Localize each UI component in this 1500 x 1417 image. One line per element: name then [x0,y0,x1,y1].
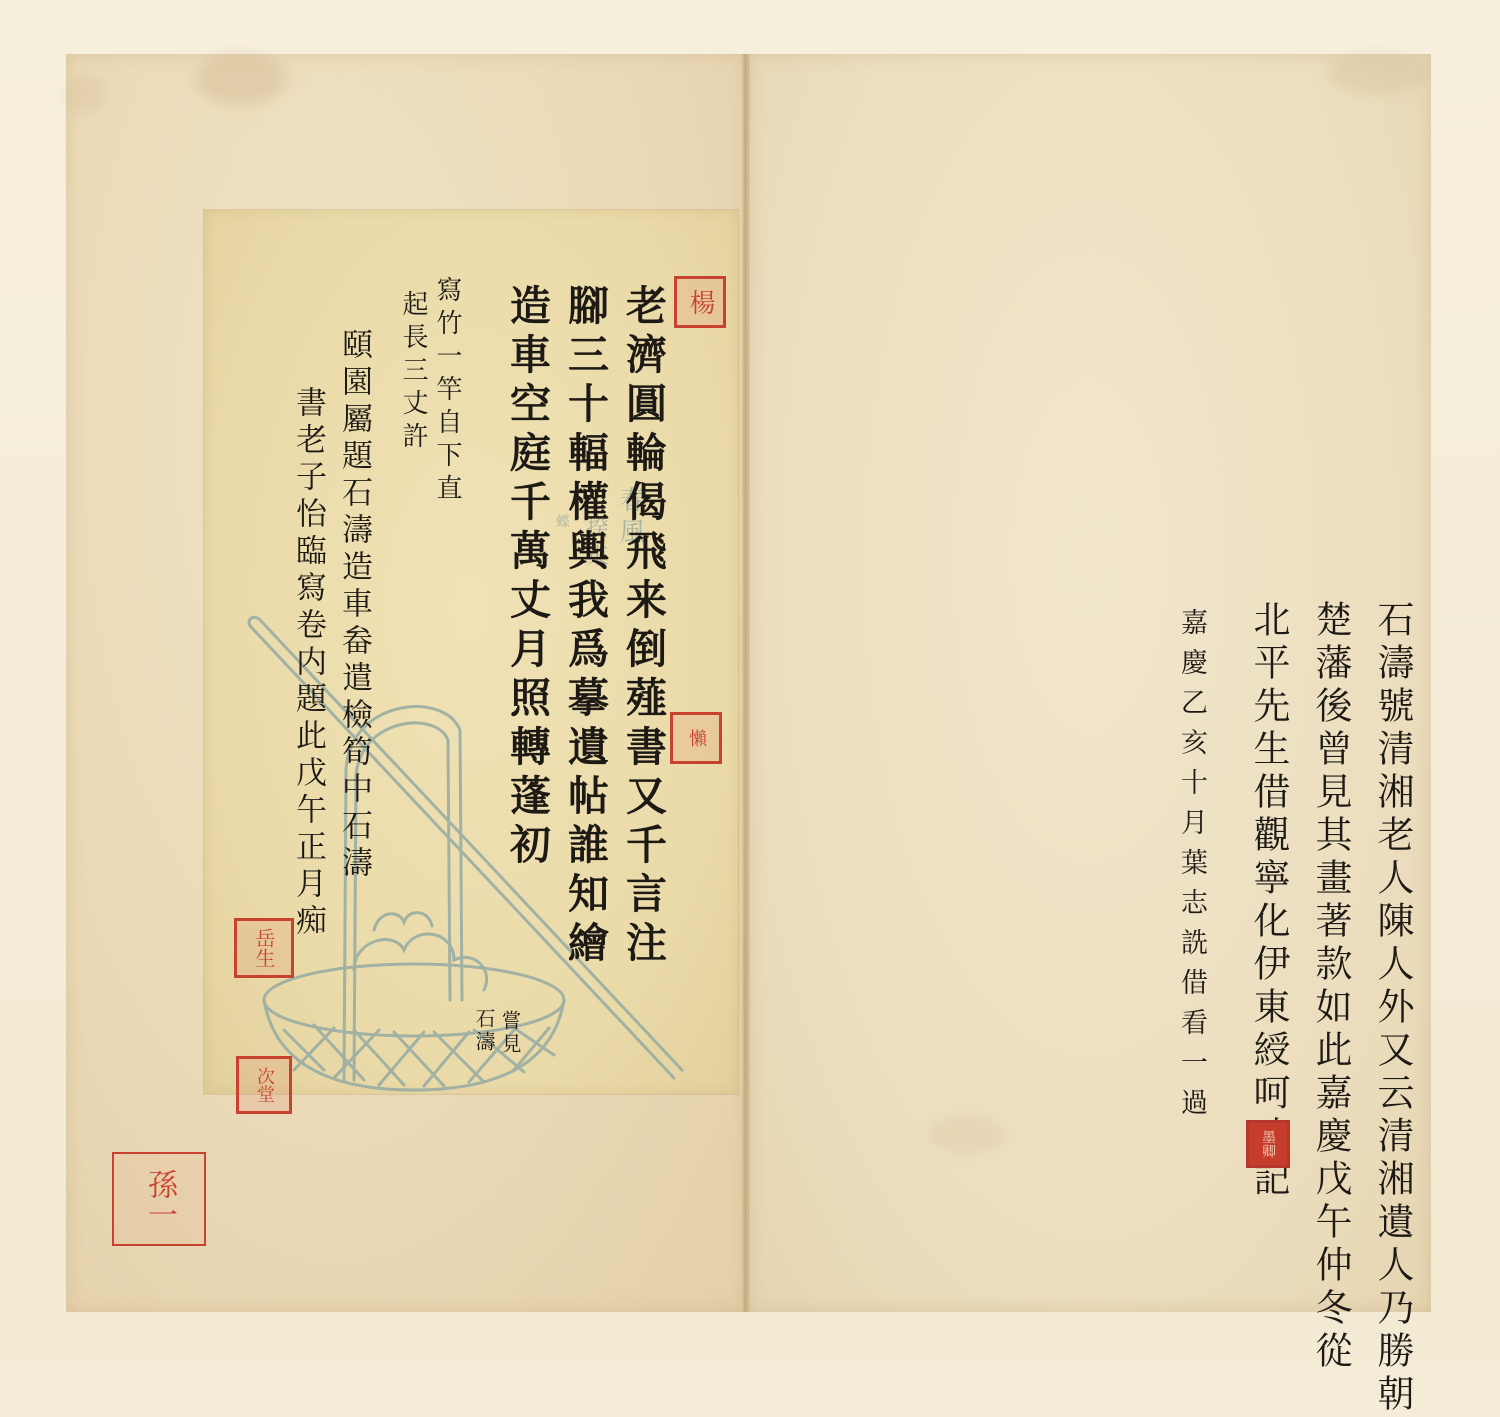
seal-icon: 次堂 [236,1056,292,1114]
water-stain [66,74,106,114]
note-column-2: 石濤 [474,1008,494,1054]
poem-column-1: 老濟圓輪偈飛来倒薤書又千言注 [622,284,663,970]
water-stain [196,54,286,104]
seal-icon: 岳生 [234,918,294,978]
annotation-column-1: 寫竹一竿自下直 [434,276,460,507]
seal-icon: 懶 [670,712,722,764]
water-stain [928,1114,1008,1154]
annotation-column-2: 起長三丈許 [400,290,426,455]
poem-column-3: 造車空庭千萬丈月照轉蓬初 [506,284,547,872]
album-mount: 春風 揆東 蝶 老濟圓輪偈飛来倒薤書又千言注 腳三十輻權輿我爲摹遺帖誰知繪 造車… [0,0,1500,1361]
colophon-column-1: 頤園屬題石濤造車畚遣檢筍中石濤 [338,328,369,883]
inscription-column-2: 楚藩後曾見其畫著款如此嘉慶戊午仲冬從 [1312,600,1349,1361]
signature-column: 嘉慶乙亥十月葉志詵借看一過 [1178,608,1205,1128]
center-fold [742,54,750,1312]
inscription-column-3: 北平先生借觀寧化伊東綬呵凍記 [1250,600,1287,1202]
colophon-column-2: 書老子怡臨寫卷内題此戊午正月痴 [292,386,323,941]
water-stain [1328,54,1428,94]
poem-column-2: 腳三十輻權輿我爲摹遺帖誰知繪 [564,284,605,970]
calligraphy-leaf: 春風 揆東 蝶 老濟圓輪偈飛来倒薤書又千言注 腳三十輻權輿我爲摹遺帖誰知繪 造車… [204,210,738,1094]
seal-icon: 墨卿 [1246,1120,1290,1168]
seal-icon: 楊 [674,276,726,328]
seal-icon: 孫一 [112,1152,206,1246]
note-column-1: 嘗見 [500,1010,520,1056]
inscription-column-1: 石濤號清湘老人陳人外又云清湘遺人乃勝朝 [1374,600,1411,1361]
